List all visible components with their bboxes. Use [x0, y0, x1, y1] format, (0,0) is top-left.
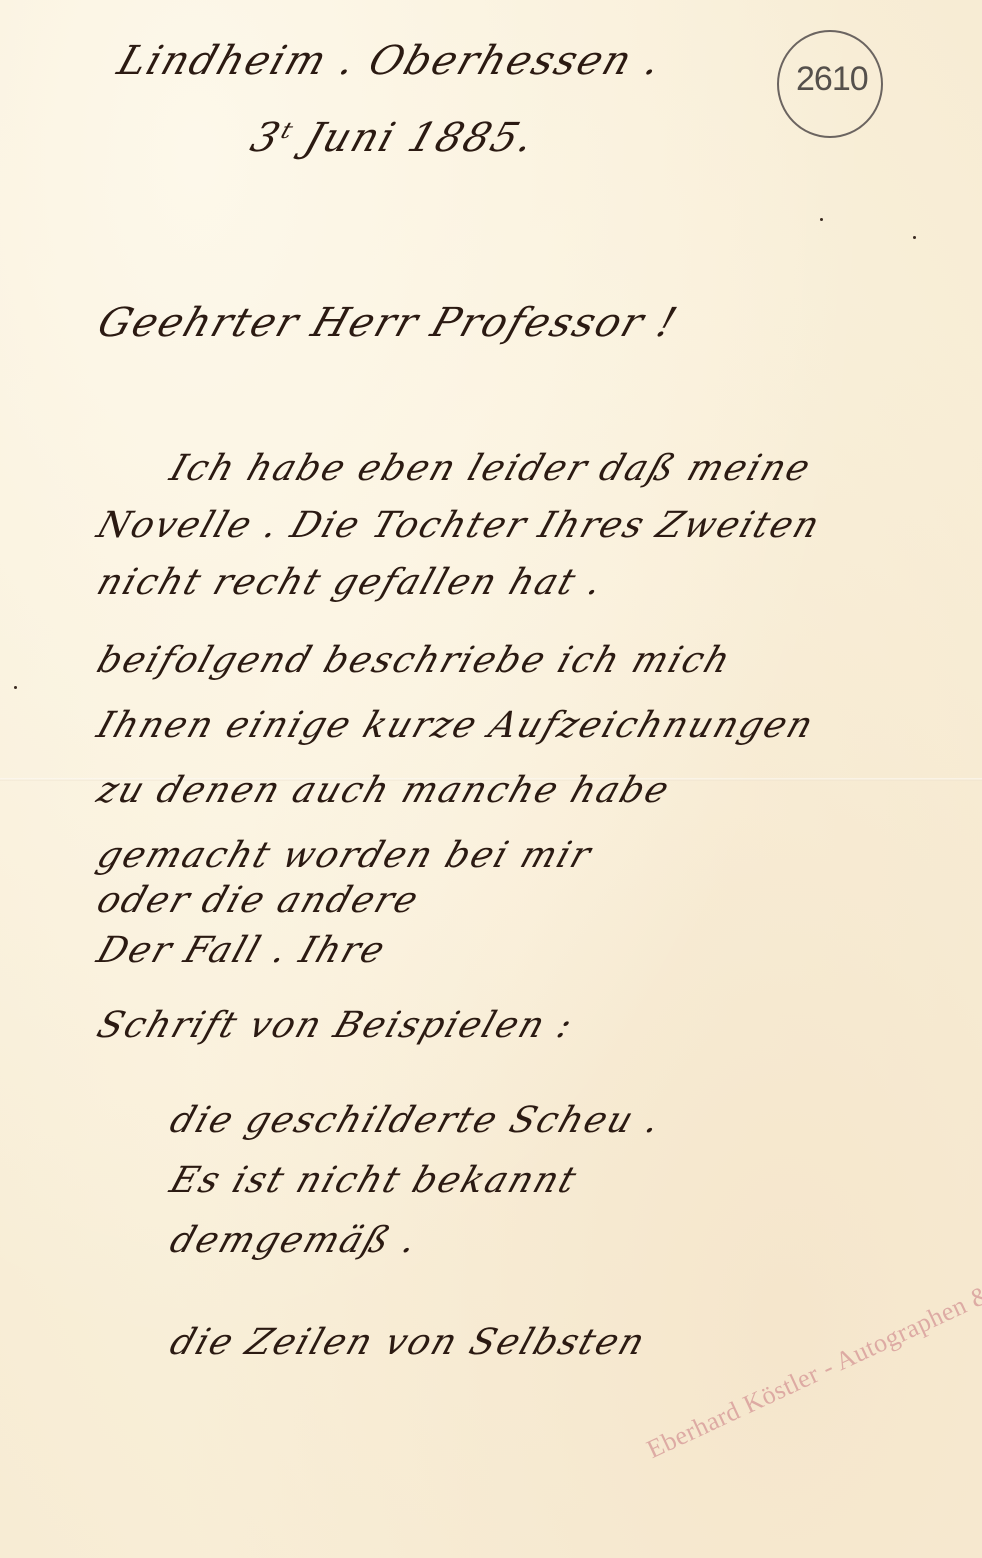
body-line: Der Fall . Ihre: [92, 930, 391, 971]
body-line: beifolgend beschriebe ich mich: [92, 640, 737, 681]
dealer-watermark: Eberhard Köstler - Autographen & Bücher: [642, 1243, 982, 1465]
body-line: Es ist nicht bekannt: [165, 1160, 583, 1201]
archive-number: 2610: [796, 60, 868, 99]
body-line: Novelle . Die Tochter Ihres Zweiten: [92, 505, 826, 546]
ink-speck: [913, 236, 916, 239]
body-line: die geschilderte Scheu .: [165, 1100, 667, 1141]
body-line: demgemäß .: [165, 1220, 424, 1261]
body-line: gemacht worden bei mir: [92, 835, 597, 876]
body-line: Schrift von Beispielen :: [92, 1005, 579, 1046]
heading-date: 3ᵗ Juni 1885.: [245, 115, 542, 161]
body-line: nicht recht gefallen hat .: [92, 562, 609, 603]
salutation: Geehrter Herr Professor !: [92, 300, 684, 346]
body-line: Ihnen einige kurze Aufzeichnungen: [92, 705, 820, 746]
body-line: die Zeilen von Selbsten: [165, 1322, 652, 1363]
ink-speck: [14, 686, 17, 689]
body-line: oder die andere: [92, 880, 425, 921]
body-line: zu denen auch manche habe: [92, 770, 676, 811]
letter-page: 2610 Lindheim . Oberhessen . 3ᵗ Juni 188…: [0, 0, 982, 1558]
body-line: Ich habe eben leider daß meine: [165, 448, 817, 489]
ink-speck: [820, 218, 823, 221]
heading-place: Lindheim . Oberhessen .: [112, 38, 669, 84]
